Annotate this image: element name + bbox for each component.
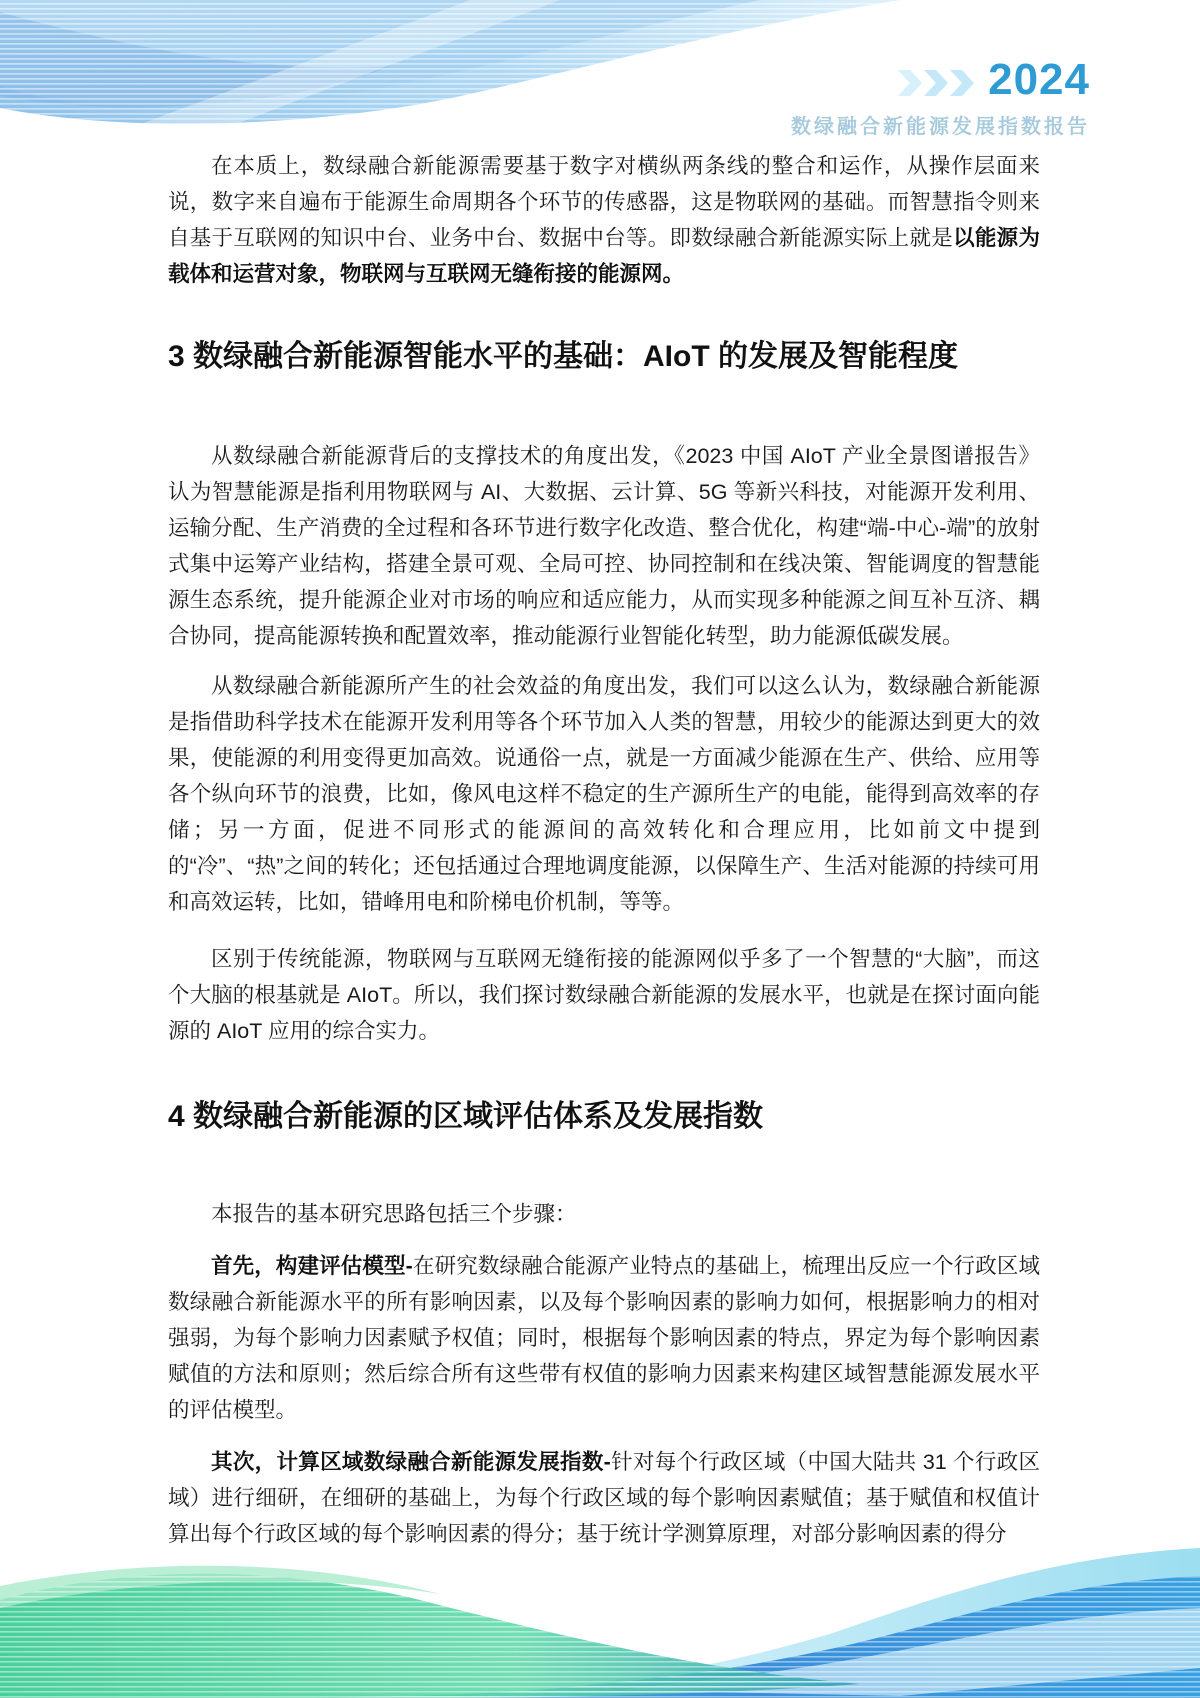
paragraph-social-benefit: 从数绿融合新能源所产生的社会效益的角度出发，我们可以这么认为，数绿融合新能源是指… <box>168 668 1040 920</box>
section-heading-4: 4 数绿融合新能源的区域评估体系及发展指数 <box>168 1096 1040 1138</box>
section-heading-3: 3 数绿融合新能源智能水平的基础：AIoT 的发展及智能程度 <box>168 336 1040 378</box>
document-body: 在本质上，数绿融合新能源需要基于数字对横纵两条线的整合和运作，从操作层面来说，数… <box>168 0 1040 1698</box>
paragraph-step-second: 其次，计算区域数绿融合新能源发展指数-针对每个行政区域（中国大陆共 31 个行政… <box>168 1444 1040 1552</box>
paragraph-step-first: 首先，构建评估模型-在研究数绿融合能源产业特点的基础上，梳理出反应一个行政区域数… <box>168 1248 1040 1428</box>
paragraph-intro: 在本质上，数绿融合新能源需要基于数字对横纵两条线的整合和运作，从操作层面来说，数… <box>168 148 1040 292</box>
paragraph-step-first-bold: 首先，构建评估模型- <box>211 1254 413 1278</box>
paragraph-step-first-text: 在研究数绿融合能源产业特点的基础上，梳理出反应一个行政区域数绿融合新能源水平的所… <box>168 1254 1040 1422</box>
paragraph-brain-aiot: 区别于传统能源，物联网与互联网无缝衔接的能源网似乎多了一个智慧的“大脑”，而这个… <box>168 941 1040 1049</box>
report-page: 2024 数绿融合新能源发展指数报告 在本质上，数绿融合新能源需要基于数字对横纵… <box>0 0 1200 1698</box>
paragraph-intro-text: 在本质上，数绿融合新能源需要基于数字对横纵两条线的整合和运作，从操作层面来说，数… <box>168 154 1040 250</box>
paragraph-step-second-bold: 其次，计算区域数绿融合新能源发展指数- <box>211 1450 611 1474</box>
paragraph-aiot-tech: 从数绿融合新能源背后的支撑技术的角度出发，《2023 中国 AIoT 产业全景图… <box>168 438 1040 654</box>
paragraph-steps-intro: 本报告的基本研究思路包括三个步骤： <box>168 1196 1040 1232</box>
